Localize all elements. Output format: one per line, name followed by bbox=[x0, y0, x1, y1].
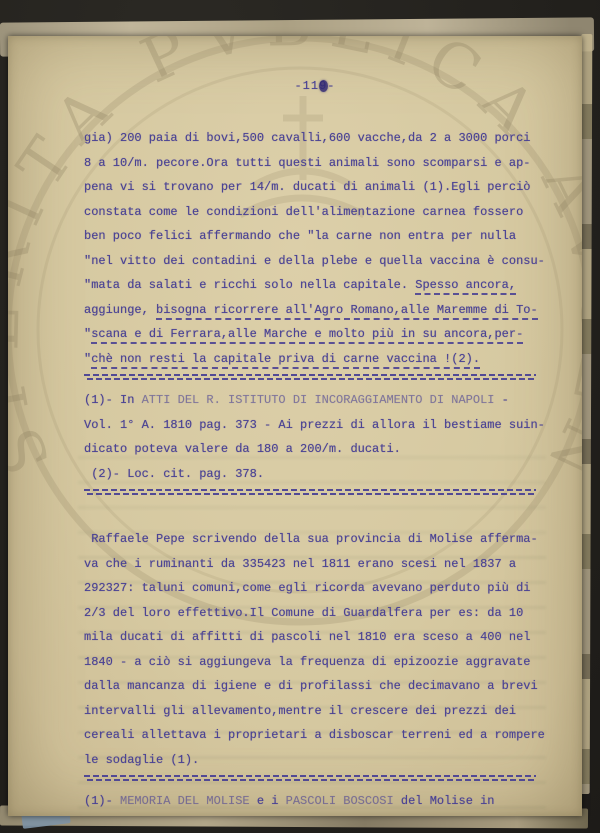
text-segment: e i bbox=[250, 794, 286, 808]
text-segment: ATTI DEL R. ISTITUTO DI INCORAGGIAMENTO … bbox=[142, 393, 495, 407]
text-segment: ben poco felici affermando che "la carne… bbox=[84, 229, 516, 243]
text-segment: 8 a 10/m. pecore.Ora tutti questi animal… bbox=[84, 156, 530, 170]
footnote-1: (1)- In ATTI DEL R. ISTITUTO DI INCORAGG… bbox=[84, 388, 546, 486]
typescript-line: ben poco felici affermando che "la carne… bbox=[84, 224, 546, 249]
paragraph-2: Raffaele Pepe scrivendo della sua provin… bbox=[84, 527, 546, 772]
text-segment: - bbox=[494, 393, 508, 407]
text-segment: scana e di Ferrara,alle Marche e molto p… bbox=[91, 327, 523, 344]
typescript-line: dicato poteva valere da 180 a 200/m. duc… bbox=[84, 437, 546, 462]
text-segment: le sodaglie (1). bbox=[84, 753, 199, 767]
typescript-line: 8 a 10/m. pecore.Ora tutti questi animal… bbox=[84, 151, 546, 176]
text-segment: Vol. 1° A. 1810 pag. 373 - Ai prezzi di … bbox=[84, 418, 545, 432]
text-segment: chè non resti la capitale priva di carne… bbox=[91, 352, 480, 369]
ink-blot bbox=[319, 80, 328, 92]
typescript-line: ANNALI CIVILI DEL REGNO DELLE DUE SICILI… bbox=[84, 814, 546, 817]
text-segment: PASCOLI BOSCOSI bbox=[286, 794, 394, 808]
typescript-line: (2)- Loc. cit. pag. 378. bbox=[84, 462, 546, 487]
text-segment: "nel vitto dei contadini e della plebe e… bbox=[84, 254, 545, 268]
typescript-line: "nel vitto dei contadini e della plebe e… bbox=[84, 249, 546, 274]
separator-2 bbox=[84, 489, 536, 495]
text-segment: del Molise in bbox=[394, 794, 495, 808]
typescript-line: "scana e di Ferrara,alle Marche e molto … bbox=[84, 322, 546, 347]
page-number: -119- bbox=[84, 78, 546, 94]
typescript-line: mila ducati di affitti di pascoli nel 18… bbox=[84, 625, 546, 650]
text-segment: intervalli gli allevamento,mentre il cre… bbox=[84, 704, 516, 718]
text-segment: MEMORIA DEL MOLISE bbox=[120, 794, 250, 808]
paragraph-1: gia) 200 paia di bovi,500 cavalli,600 va… bbox=[84, 126, 546, 371]
text-segment: bisogna ricorrere all'Agro Romano,alle M… bbox=[156, 303, 538, 320]
text-segment: Spesso ancora, bbox=[415, 278, 516, 295]
text-segment: pena vi si trovano per 14/m. ducati di a… bbox=[84, 180, 530, 194]
typescript-line: 292327: taluni comuni,come egli ricorda … bbox=[84, 576, 546, 601]
text-segment: "mata da salati e ricchi solo nella capi… bbox=[84, 278, 415, 292]
text-segment: dalla mancanza di igiene e di profilassi… bbox=[84, 679, 538, 693]
separator-3 bbox=[84, 775, 536, 781]
typescript-line: aggiunge, bisogna ricorrere all'Agro Rom… bbox=[84, 298, 546, 323]
typescript-body: -119- gia) 200 paia di bovi,500 cavalli,… bbox=[8, 78, 582, 816]
text-segment: (2)- Loc. cit. pag. 378. bbox=[84, 467, 264, 481]
page-number-text: -119- bbox=[294, 79, 335, 93]
typescript-line: va che i ruminanti da 335423 nel 1811 er… bbox=[84, 552, 546, 577]
text-segment: 292327: taluni comuni,come egli ricorda … bbox=[84, 581, 530, 595]
typescript-line: 2/3 del loro effettivo.Il Comune di Guar… bbox=[84, 601, 546, 626]
text-segment: 1840 - a ciò si aggiungeva la frequenza … bbox=[84, 655, 530, 669]
typescript-line: "chè non resti la capitale priva di carn… bbox=[84, 347, 546, 372]
typescript-line: Vol. 1° A. 1810 pag. 373 - Ai prezzi di … bbox=[84, 413, 546, 438]
text-segment: (1)- In bbox=[84, 393, 142, 407]
typescript-line: dalla mancanza di igiene e di profilassi… bbox=[84, 674, 546, 699]
typescript-line: cereali allettava i proprietari a disbos… bbox=[84, 723, 546, 748]
typescript-line: "mata da salati e ricchi solo nella capi… bbox=[84, 273, 546, 298]
footnote-2: (1)- MEMORIA DEL MOLISE e i PASCOLI BOSC… bbox=[84, 789, 546, 816]
typescript-line: le sodaglie (1). bbox=[84, 748, 546, 773]
text-segment: constata come le condizioni dell'aliment… bbox=[84, 205, 523, 219]
text-segment: gia) 200 paia di bovi,500 cavalli,600 va… bbox=[84, 131, 530, 145]
typescript-line: intervalli gli allevamento,mentre il cre… bbox=[84, 699, 546, 724]
typescript-line: constata come le condizioni dell'aliment… bbox=[84, 200, 546, 225]
text-segment: dicato poteva valere da 180 a 200/m. duc… bbox=[84, 442, 401, 456]
text-segment: Raffaele Pepe scrivendo della sua provin… bbox=[84, 532, 538, 546]
typescript-line: (1)- MEMORIA DEL MOLISE e i PASCOLI BOSC… bbox=[84, 789, 546, 814]
typescript-line: Raffaele Pepe scrivendo della sua provin… bbox=[84, 527, 546, 552]
typescript-sheet: SPERITA PVBLICA AVGEN -119- gia) 200 pai… bbox=[8, 36, 582, 816]
typescript-line: (1)- In ATTI DEL R. ISTITUTO DI INCORAGG… bbox=[84, 388, 546, 413]
separator-1 bbox=[84, 374, 536, 380]
scanned-page-background: SPERITA PVBLICA AVGEN -119- gia) 200 pai… bbox=[0, 0, 600, 833]
text-segment: 2/3 del loro effettivo.Il Comune di Guar… bbox=[84, 606, 523, 620]
text-segment: va che i ruminanti da 335423 nel 1811 er… bbox=[84, 557, 516, 571]
text-segment: aggiunge, bbox=[84, 303, 156, 317]
text-segment: (1)- bbox=[84, 794, 120, 808]
typescript-line: gia) 200 paia di bovi,500 cavalli,600 va… bbox=[84, 126, 546, 151]
text-segment: cereali allettava i proprietari a disbos… bbox=[84, 728, 545, 742]
text-segment: mila ducati di affitti di pascoli nel 18… bbox=[84, 630, 530, 644]
typescript-line: 1840 - a ciò si aggiungeva la frequenza … bbox=[84, 650, 546, 675]
typescript-line: pena vi si trovano per 14/m. ducati di a… bbox=[84, 175, 546, 200]
